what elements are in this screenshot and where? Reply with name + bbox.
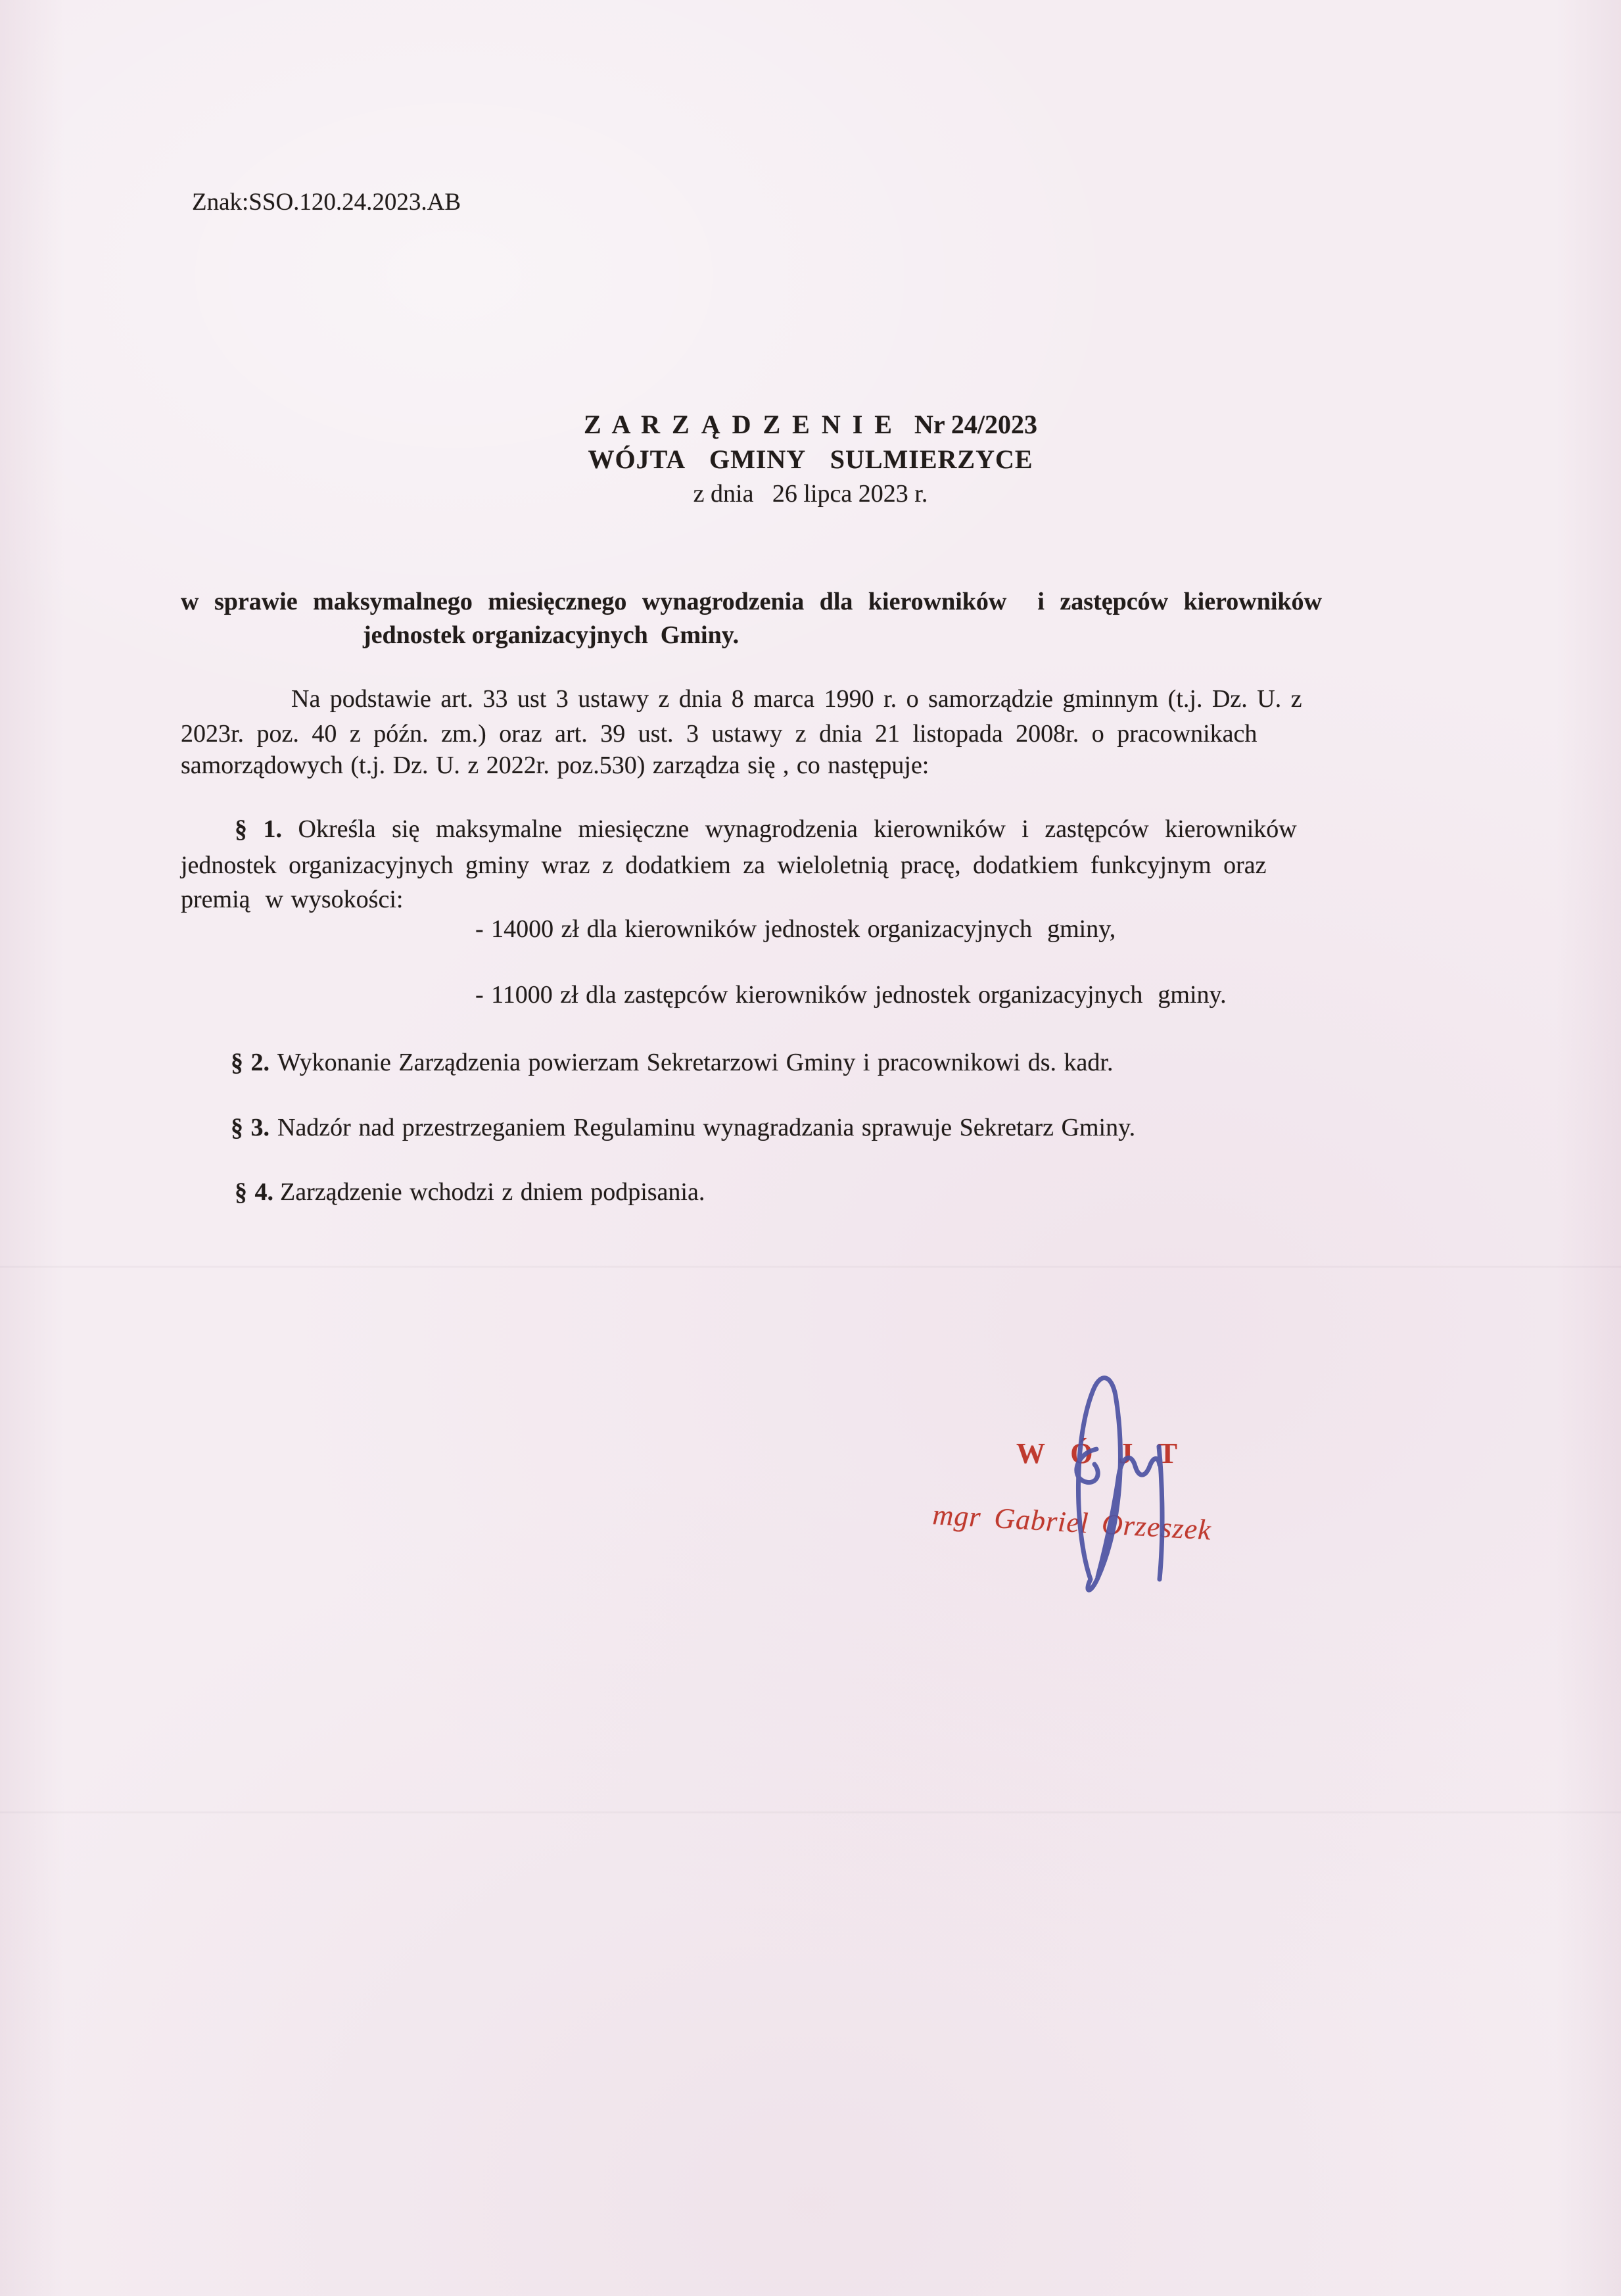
section-1-line-3: premią w wysokości: [181, 887, 403, 912]
document-page: Znak:SSO.120.24.2023.AB Z A R Z Ą D Z E … [0, 0, 1621, 2296]
section-3-label: § 3. [231, 1114, 270, 1141]
section-4-line: § 4.Zarządzenie wchodzi z dniem podpisan… [235, 1180, 705, 1205]
section-1-line-1: § 1. Określa się maksymalne miesięczne w… [235, 817, 1297, 842]
preamble-line-1: Na podstawie art. 33 ust 3 ustawy z dnia… [291, 686, 1302, 711]
max-salary-managers: - 14000 zł dla kierowników jednostek org… [475, 917, 1116, 942]
paper-crease [0, 1266, 1621, 1268]
scanned-document-page: { "doc": { "reference": "Znak:SSO.120.24… [0, 0, 1621, 2296]
section-1-line-2: jednostek organizacyjnych gminy wraz z d… [181, 853, 1267, 878]
section-4-text: Zarządzenie wchodzi z dniem podpisania. [280, 1178, 705, 1206]
section-2-line: § 2.Wykonanie Zarządzenia powierzam Sekr… [231, 1050, 1113, 1075]
signature-stroke-loop [1078, 1378, 1120, 1590]
handwritten-signature [0, 0, 1621, 2296]
section-1-text-1: Określa się maksymalne miesięczne wynagr… [298, 815, 1297, 843]
section-2-label: § 2. [231, 1049, 270, 1076]
ordinance-number: Nr 24/2023 [914, 410, 1037, 439]
mayor-name-stamp: mgr Gabriel Orzeszek [932, 1500, 1212, 1545]
preamble-line-2: 2023r. poz. 40 z późn. zm.) oraz art. 39… [181, 721, 1257, 746]
mayor-role-stamp: W Ó J T [1016, 1439, 1186, 1468]
section-4-label: § 4. [235, 1178, 273, 1206]
case-reference-number: Znak:SSO.120.24.2023.AB [192, 190, 461, 214]
subject-line-2: jednostek organizacyjnych Gminy. [363, 623, 739, 648]
paper-crease [0, 1811, 1621, 1813]
ordinance-title-line2-issuer: WÓJTA GMINY SULMIERZYCE [0, 446, 1621, 473]
ordinance-title-line1: Z A R Z Ą D Z E N I ENr 24/2023 [0, 412, 1621, 438]
max-salary-deputy-managers: - 11000 zł dla zastępców kierowników jed… [475, 982, 1227, 1007]
section-2-text: Wykonanie Zarządzenia powierzam Sekretar… [277, 1049, 1113, 1076]
section-3-line: § 3.Nadzór nad przestrzeganiem Regulamin… [231, 1115, 1135, 1140]
section-3-text: Nadzór nad przestrzeganiem Regulaminu wy… [277, 1114, 1135, 1141]
preamble-line-3: samorządowych (t.j. Dz. U. z 2022r. poz.… [181, 753, 929, 778]
ordinance-title-line3-date: z dnia 26 lipca 2023 r. [0, 481, 1621, 506]
section-1-label: § 1. [235, 815, 282, 843]
subject-line-1: w sprawie maksymalnego miesięcznego wyna… [181, 589, 1322, 614]
ordinance-word: Z A R Z Ą D Z E N I E [584, 410, 895, 439]
